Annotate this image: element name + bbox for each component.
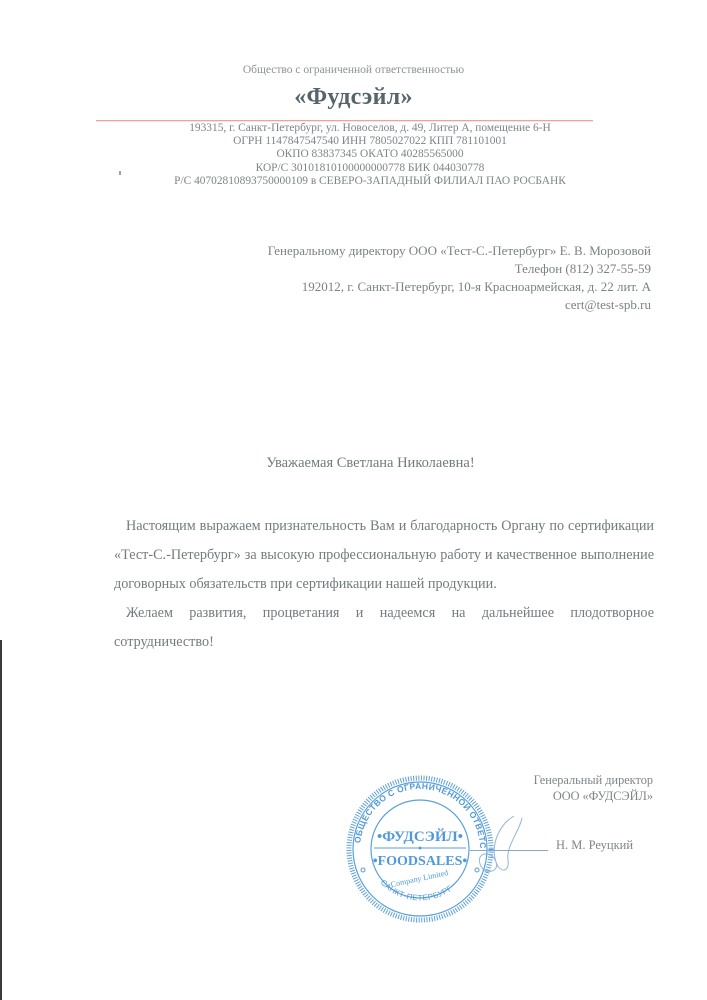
requisite-bank-account: Р/С 40702810893750000109 в СЕВЕРО-ЗАПАДН… — [100, 175, 640, 188]
requisite-korr-account: КОР/С 30101810100000000778 БИК 044030778 — [100, 162, 640, 175]
requisite-address: 193315, г. Санкт-Петербург, ул. Новосело… — [100, 122, 640, 135]
svg-text:Company Limited: Company Limited — [390, 868, 449, 889]
handwritten-signature-icon — [470, 810, 530, 880]
company-requisites: 193315, г. Санкт-Петербург, ул. Новосело… — [100, 122, 640, 188]
recipient-block: Генеральному директору ООО «Тест-С.-Пете… — [268, 242, 651, 314]
signer-company: ООО «ФУДСЭЙЛ» — [534, 788, 653, 804]
scan-speck — [119, 171, 121, 175]
signature-line — [470, 850, 548, 851]
org-name: «Фудсэйл» — [0, 84, 707, 111]
svg-text:•ФУДСЭЙЛ•: •ФУДСЭЙЛ• — [377, 828, 463, 845]
signer-title: Генеральный директор ООО «ФУДСЭЙЛ» — [534, 772, 653, 804]
org-legal-form: Общество с ограниченной ответственностью — [0, 64, 707, 76]
signer-position: Генеральный директор — [534, 772, 653, 788]
svg-text:•FOODSALES•: •FOODSALES• — [373, 854, 468, 869]
letter-paragraph: Желаем развития, процветания и надеемся … — [114, 599, 654, 657]
recipient-addressee: Генеральному директору ООО «Тест-С.-Пете… — [268, 242, 651, 260]
recipient-phone: Телефон (812) 327-55-59 — [268, 260, 651, 278]
requisite-ogrn: ОГРН 1147847547540 ИНН 7805027022 КПП 78… — [100, 135, 640, 148]
recipient-address: 192012, г. Санкт-Петербург, 10-я Красноа… — [268, 278, 651, 296]
letter-paragraph: Настоящим выражаем признательность Вам и… — [114, 512, 654, 599]
signer-name: Н. М. Реуцкий — [556, 838, 633, 853]
scan-edge — [0, 640, 2, 1000]
letter-greeting: Уважаемая Светлана Николаевна! — [0, 455, 707, 472]
recipient-email: cert@test-spb.ru — [268, 296, 651, 314]
requisite-okpo: ОКПО 83837345 ОКАТО 40285565000 — [100, 148, 640, 161]
letter-body: Настоящим выражаем признательность Вам и… — [114, 512, 654, 657]
letterhead-divider — [96, 120, 593, 121]
